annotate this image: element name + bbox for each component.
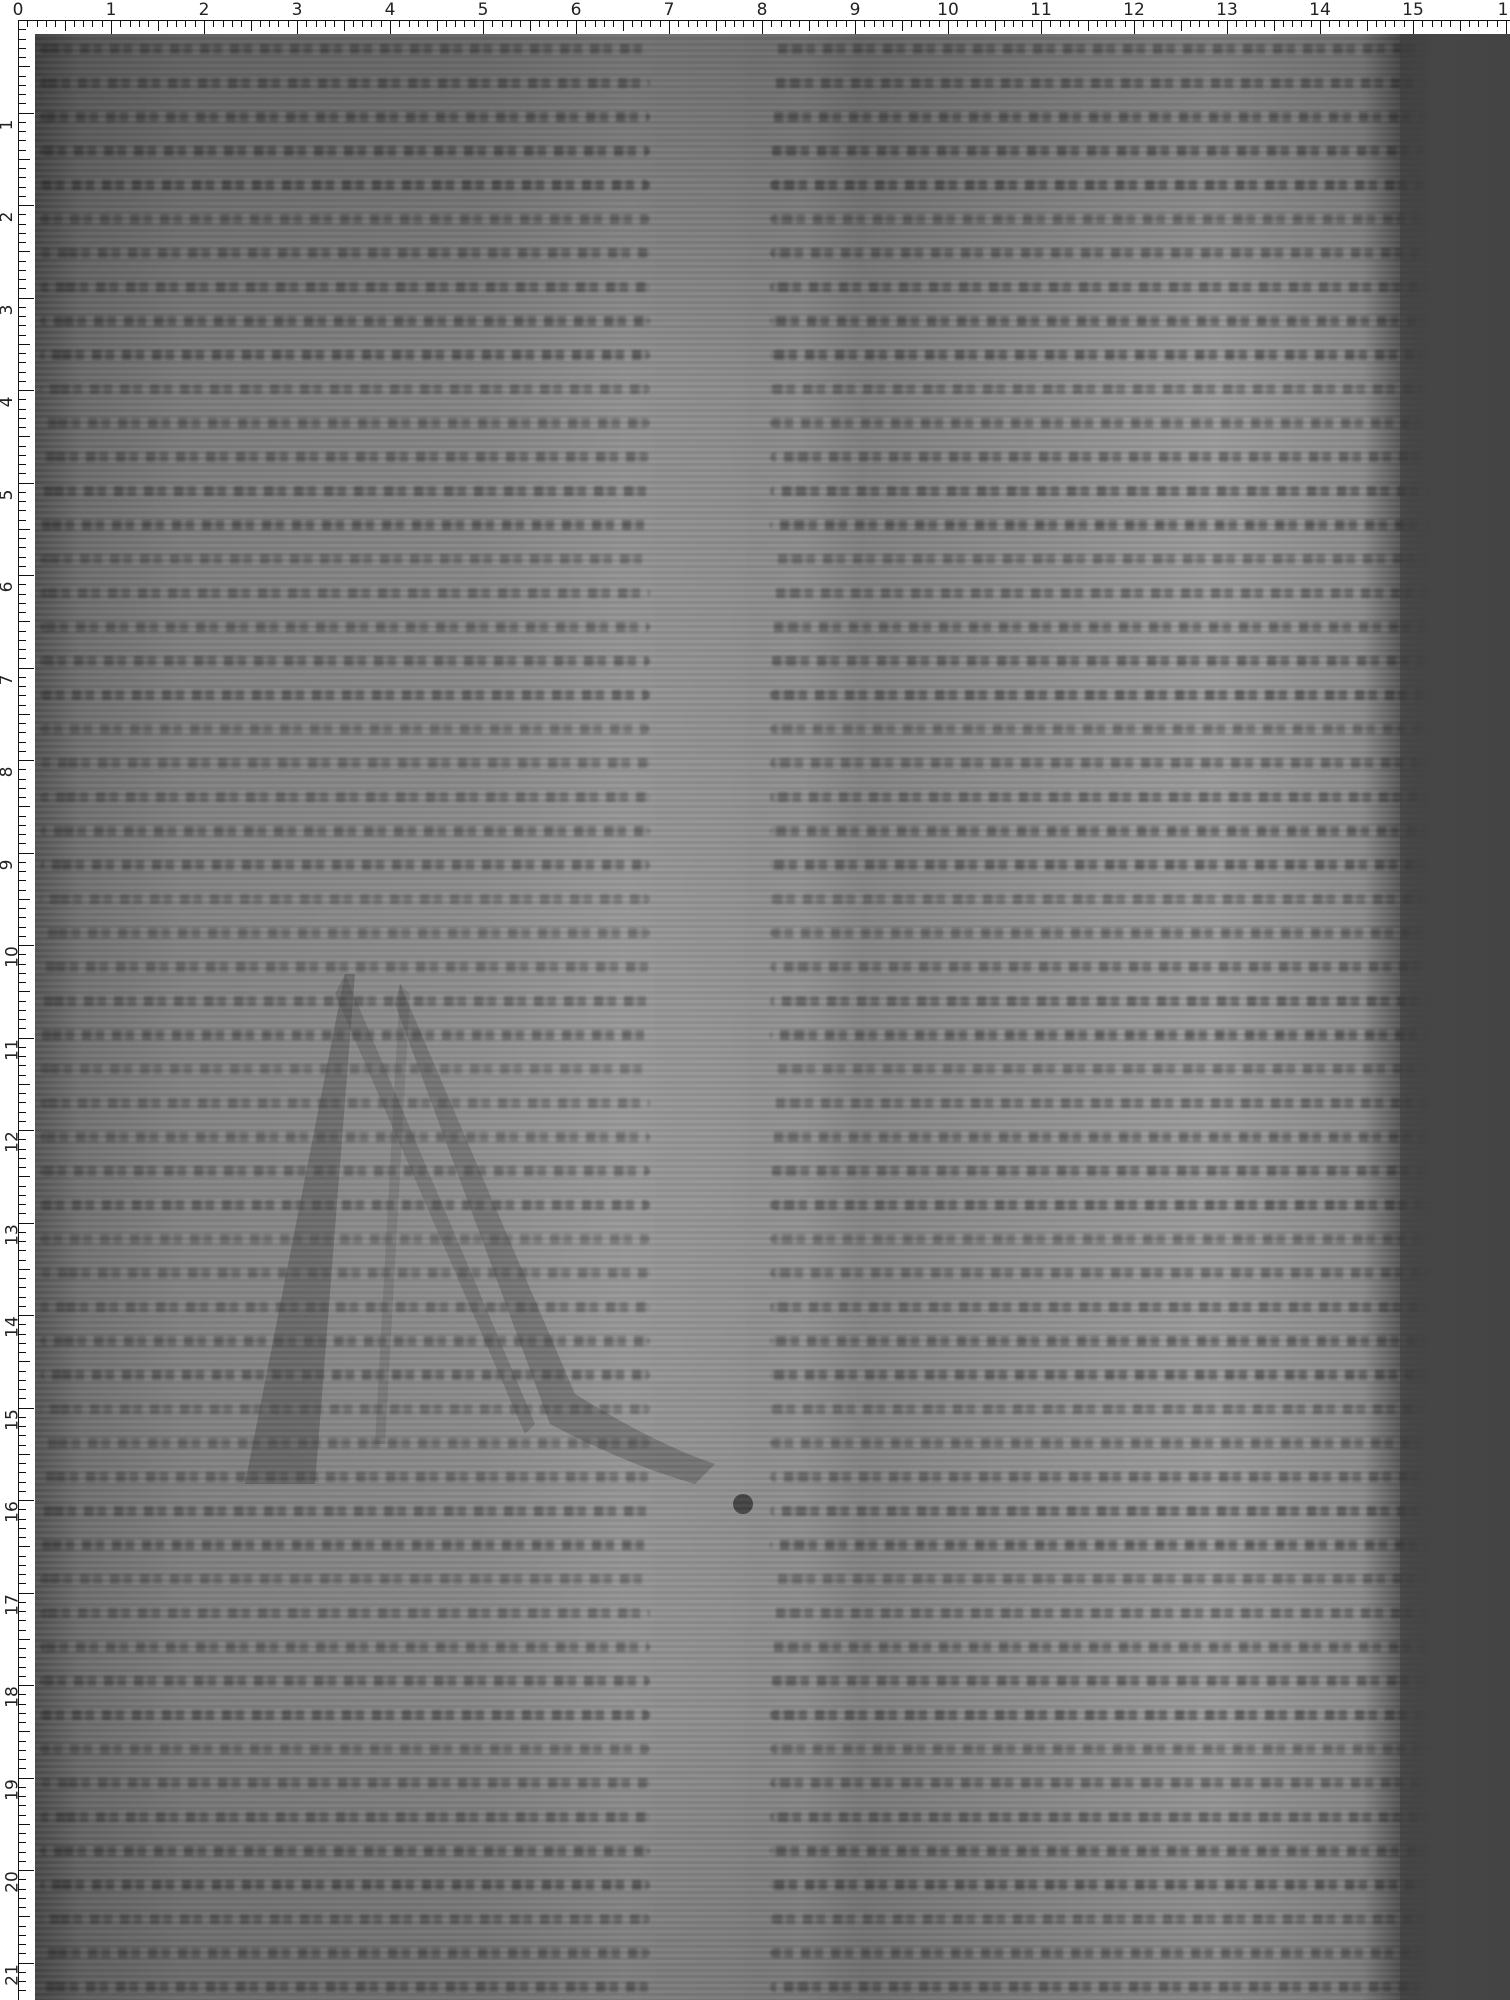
- ruler-tick: [18, 279, 26, 280]
- ruler-tick: [18, 196, 26, 197]
- ruler-tick: [18, 658, 26, 659]
- ruler-tick: [1004, 20, 1005, 27]
- ruler-label: 9: [0, 859, 16, 870]
- ruler-tick: [18, 1084, 30, 1085]
- ruler-label: 7: [0, 674, 16, 685]
- ruler-label: 12: [4, 1131, 21, 1153]
- ruler-tick: [18, 492, 26, 493]
- ruler-tick: [148, 20, 149, 27]
- ruler-tick: [18, 1352, 26, 1353]
- ruler-tick: [18, 991, 30, 992]
- ruler-tick: [18, 1260, 26, 1261]
- ruler-tick: [213, 20, 214, 27]
- ruler-tick: [18, 261, 26, 262]
- ruler-label: 16: [4, 1501, 21, 1523]
- ruler-tick: [18, 335, 26, 336]
- ruler-tick: [1264, 20, 1265, 27]
- ruler-tick: [18, 122, 26, 123]
- ruler-tick: [158, 20, 159, 31]
- ruler-tick: [18, 1741, 26, 1742]
- ruler-tick: [18, 168, 26, 169]
- ruler-tick: [18, 1574, 26, 1575]
- ruler-tick: [18, 695, 26, 696]
- ruler-tick: [18, 880, 26, 881]
- ruler-tick: [288, 20, 289, 27]
- ruler-tick: [18, 140, 26, 141]
- ruler-tick: [18, 621, 30, 622]
- ruler-tick: [604, 20, 605, 27]
- ruler-tick: [18, 714, 30, 715]
- ruler-tick: [1060, 20, 1061, 27]
- ruler-tick: [18, 150, 26, 151]
- ruler-tick: [18, 1204, 26, 1205]
- ruler-label: 6: [571, 0, 582, 20]
- ruler-tick: [790, 20, 791, 27]
- ruler-tick: [427, 20, 428, 27]
- ruler-label: 4: [385, 0, 396, 20]
- ruler-tick: [18, 464, 26, 465]
- ruler-tick: [1385, 20, 1386, 27]
- ruler-tick: [18, 1445, 26, 1446]
- ruler-tick: [874, 20, 875, 27]
- ruler-tick: [18, 1713, 26, 1714]
- ruler-label: 13: [1216, 0, 1238, 20]
- ruler-tick: [846, 20, 847, 27]
- ruler-tick: [92, 20, 93, 27]
- ruler-tick: [18, 917, 26, 918]
- ruler-tick: [18, 353, 26, 354]
- ruler-tick: [18, 214, 26, 215]
- ruler-tick: [18, 1102, 26, 1103]
- page-edge-shadow: [1400, 34, 1510, 2000]
- ruler-label: 13: [4, 1224, 21, 1246]
- ruler-tick: [753, 20, 754, 27]
- ruler-tick: [55, 20, 56, 27]
- ruler-tick: [567, 20, 568, 27]
- ruler-tick: [18, 1472, 26, 1473]
- ruler-tick: [18, 853, 34, 854]
- ruler-tick: [1329, 20, 1330, 27]
- ruler-tick: [18, 85, 26, 86]
- ruler-tick: [334, 20, 335, 27]
- ruler-tick: [325, 20, 326, 27]
- ruler-tick: [241, 20, 242, 27]
- ruler-tick: [18, 446, 26, 447]
- ruler-tick: [1088, 20, 1089, 31]
- ruler-tick: [18, 390, 34, 391]
- ruler-tick: [18, 455, 26, 456]
- ruler-tick: [18, 1546, 30, 1547]
- ruler-tick: [455, 20, 456, 27]
- ruler-tick: [167, 20, 168, 27]
- ruler-tick: [120, 20, 121, 27]
- ruler-tick: [18, 1620, 26, 1621]
- ruler-tick: [18, 1805, 26, 1806]
- ruler-tick: [18, 1287, 26, 1288]
- ruler-tick: [530, 20, 531, 31]
- ruler-tick: [18, 1361, 30, 1362]
- ruler-tick: [929, 20, 930, 27]
- ruler-tick: [1487, 20, 1488, 27]
- ruler-tick: [18, 908, 26, 909]
- ruler-tick: [18, 20, 19, 34]
- ruler-tick: [446, 20, 447, 27]
- ruler-tick: [18, 612, 26, 613]
- ruler-tick: [650, 20, 651, 27]
- ruler-tick: [613, 20, 614, 27]
- manuscript-scan: [35, 34, 1510, 2000]
- ruler-tick: [18, 1213, 26, 1214]
- ruler-tick: [381, 20, 382, 27]
- ruler-tick: [1394, 20, 1395, 27]
- ruler-tick: [18, 1565, 26, 1566]
- ruler-tick: [1022, 20, 1023, 27]
- ruler-tick: [483, 20, 484, 34]
- ruler-tick: [1292, 20, 1293, 27]
- ruler-tick: [418, 20, 419, 27]
- ruler-label: 2: [0, 212, 16, 223]
- ruler-tick: [1236, 20, 1237, 27]
- ruler-tick: [1069, 20, 1070, 27]
- ruler-tick: [1376, 20, 1377, 27]
- ruler-tick: [18, 751, 26, 752]
- ruler-label: 17: [4, 1594, 21, 1616]
- ruler-tick: [18, 1926, 26, 1927]
- ruler-tick: [18, 640, 26, 641]
- ruler-tick: [437, 20, 438, 31]
- ruler-tick: [18, 1898, 26, 1899]
- ruler-tick: [18, 1269, 30, 1270]
- ruler-tick: [18, 1167, 26, 1168]
- ruler-tick: [371, 20, 372, 27]
- ruler-tick: [176, 20, 177, 27]
- ruler-tick: [809, 20, 810, 31]
- ruler-tick: [18, 381, 26, 382]
- ruler-tick: [1357, 20, 1358, 27]
- ruler-tick: [511, 20, 512, 27]
- ruler-tick: [18, 705, 26, 706]
- ruler-tick: [18, 1759, 26, 1760]
- ruler-tick: [18, 1454, 30, 1455]
- ruler-tick: [669, 20, 670, 34]
- ruler-tick: [18, 1380, 26, 1381]
- ruler-tick: [18, 1916, 30, 1917]
- ruler-label: 11: [1030, 0, 1052, 20]
- ruler-tick: [1367, 20, 1368, 31]
- ruler-tick: [269, 20, 270, 27]
- ruler-tick: [37, 20, 38, 27]
- ruler-tick: [892, 20, 893, 27]
- ruler-label: 12: [1123, 0, 1145, 20]
- ruler-tick: [18, 529, 30, 530]
- ruler-tick: [18, 1852, 26, 1853]
- ruler-tick: [920, 20, 921, 27]
- ruler-tick: [18, 1907, 26, 1908]
- ruler-tick: [1181, 20, 1182, 31]
- ruler-tick: [18, 603, 26, 604]
- ruler-tick: [464, 20, 465, 27]
- ruler-tick: [1441, 20, 1442, 27]
- ruler-tick: [585, 20, 586, 27]
- ruler-tick: [688, 20, 689, 27]
- ruler-tick: [195, 20, 196, 27]
- ruler-tick: [18, 584, 26, 585]
- ruler-label: 10: [937, 0, 959, 20]
- ruler-tick: [18, 1657, 26, 1658]
- ruler-tick: [911, 20, 912, 27]
- ruler-tick: [864, 20, 865, 27]
- ruler-tick: [1143, 20, 1144, 27]
- ruler-tick: [18, 103, 26, 104]
- ruler-tick: [18, 779, 26, 780]
- ruler-tick: [278, 20, 279, 27]
- ruler-tick: [576, 20, 577, 34]
- ruler-tick: [18, 1861, 26, 1862]
- ruler-tick: [902, 20, 903, 31]
- ruler-label: 10: [4, 946, 21, 968]
- ruler-tick: [18, 39, 26, 40]
- ruler-tick: [18, 843, 26, 844]
- ruler-tick: [1497, 20, 1498, 27]
- ruler-tick: [18, 1158, 26, 1159]
- ruler-tick: [1106, 20, 1107, 27]
- ruler-label: 20: [4, 1871, 21, 1893]
- ruler-tick: [18, 871, 26, 872]
- ruler-tick: [18, 510, 26, 511]
- ruler-tick: [18, 1833, 26, 1834]
- ruler-tick: [306, 20, 307, 27]
- ruler-tick: [18, 788, 26, 789]
- ruler-tick: [18, 325, 26, 326]
- ruler-tick: [1469, 20, 1470, 27]
- ruler-tick: [818, 20, 819, 27]
- ruler-label: 3: [292, 0, 303, 20]
- ruler-tick: [706, 20, 707, 27]
- ruler-label: 1: [1498, 0, 1509, 20]
- ruler-tick: [297, 20, 298, 34]
- ruler-label: 18: [4, 1686, 21, 1708]
- ruler-tick: [18, 742, 26, 743]
- ruler-tick: [18, 1306, 26, 1307]
- ruler-tick: [539, 20, 540, 27]
- ruler-tick: [18, 1065, 26, 1066]
- ruler-tick: [18, 566, 26, 567]
- ruler-tick: [1134, 20, 1135, 34]
- ruler-tick: [18, 1935, 26, 1936]
- ruler-label: 3: [0, 304, 16, 315]
- ruler-tick: [18, 1435, 26, 1436]
- ruler-tick: [111, 20, 112, 34]
- ruler-tick: [139, 20, 140, 27]
- ruler-tick: [18, 1343, 26, 1344]
- ruler-tick: [232, 20, 233, 27]
- ruler-tick: [697, 20, 698, 27]
- ruler-tick: [1032, 20, 1033, 27]
- ruler-tick: [18, 501, 26, 502]
- ruler-tick: [18, 973, 26, 974]
- ruler-label: 0: [13, 0, 24, 20]
- ruler-tick: [18, 1278, 26, 1279]
- ruler-tick: [725, 20, 726, 27]
- ruler-tick: [1208, 20, 1209, 27]
- ruler-tick: [18, 1482, 26, 1483]
- ruler-tick: [1432, 20, 1433, 27]
- ruler-tick: [18, 1537, 26, 1538]
- ruler-label: 14: [1309, 0, 1331, 20]
- ruler-tick: [18, 298, 34, 299]
- ruler-tick: [83, 20, 84, 27]
- ruler-tick: [883, 20, 884, 27]
- ruler-tick: [18, 205, 34, 206]
- ruler-tick: [18, 483, 34, 484]
- ruler-tick: [18, 1093, 26, 1094]
- ruler-tick: [18, 594, 26, 595]
- ruler-tick: [18, 1639, 30, 1640]
- ruler-tick: [18, 834, 26, 835]
- ruler-tick: [18, 1824, 30, 1825]
- ruler-tick: [18, 113, 34, 114]
- ruler-tick: [623, 20, 624, 31]
- ruler-tick: [1171, 20, 1172, 27]
- ruler-tick: [18, 1371, 26, 1372]
- ruler-tick: [18, 372, 26, 373]
- ruler-tick: [18, 473, 26, 474]
- ruler-label: 8: [757, 0, 768, 20]
- ruler-tick: [18, 288, 26, 289]
- ruler-tick: [18, 270, 26, 271]
- ruler-tick: [18, 1389, 26, 1390]
- ruler-tick: [18, 1990, 26, 1991]
- ruler-tick: [18, 242, 26, 243]
- ruler-tick: [1218, 20, 1219, 27]
- ruler-tick: [18, 399, 26, 400]
- ruler-tick: [557, 20, 558, 27]
- ruler-tick: [18, 797, 26, 798]
- ruler-tick: [18, 1195, 26, 1196]
- ruler-tick: [734, 20, 735, 27]
- ruler-tick: [18, 1648, 26, 1649]
- ruler-tick: [976, 20, 977, 27]
- ruler-tick: [18, 1297, 26, 1298]
- ruler-tick: [1506, 20, 1507, 34]
- ruler-tick: [1013, 20, 1014, 27]
- ruler-tick: [18, 1121, 26, 1122]
- ruler-tick: [1283, 20, 1284, 27]
- ruler-tick: [18, 668, 34, 669]
- ruler-tick: [502, 20, 503, 27]
- ruler-tick: [1348, 20, 1349, 27]
- ruler-tick: [18, 1010, 26, 1011]
- ruler-tick: [18, 1186, 26, 1187]
- ruler-tick: [1311, 20, 1312, 27]
- ruler-tick: [18, 1722, 26, 1723]
- ruler-tick: [632, 20, 633, 27]
- ruler-tick: [1460, 20, 1461, 31]
- ruler-tick: [204, 20, 205, 34]
- ruler-tick: [18, 1953, 26, 1954]
- ruler-label: 9: [850, 0, 861, 20]
- ruler-tick: [260, 20, 261, 27]
- ruler-tick: [18, 66, 30, 67]
- ruler-tick: [1125, 20, 1126, 27]
- ruler-tick: [1404, 20, 1405, 27]
- ruler-tick: [18, 825, 26, 826]
- ruler-tick: [18, 233, 26, 234]
- ruler-tick: [18, 1250, 26, 1251]
- ruler-tick: [995, 20, 996, 31]
- ruler-tick: [353, 20, 354, 27]
- ruler-tick: [18, 1768, 26, 1769]
- ruler-tick: [1339, 20, 1340, 27]
- ruler-tick: [18, 187, 26, 188]
- ruler-tick: [18, 890, 26, 891]
- ruler-tick: [18, 418, 26, 419]
- ruler-tick: [18, 732, 26, 733]
- ruler-tick: [18, 927, 26, 928]
- ruler-tick: [18, 1750, 26, 1751]
- ruler-label: 8: [0, 767, 16, 778]
- ruler-tick: [362, 20, 363, 27]
- ruler-tick: [18, 1944, 26, 1945]
- ruler-label: 7: [664, 0, 675, 20]
- ruler-tick: [18, 649, 26, 650]
- ruler-tick: [1190, 20, 1191, 27]
- ruler-tick: [1199, 20, 1200, 27]
- ruler-tick: [948, 20, 949, 34]
- ruler-tick: [27, 20, 28, 27]
- ruler-tick: [1301, 20, 1302, 27]
- ruler-tick: [18, 316, 26, 317]
- ruler-tick: [18, 862, 26, 863]
- ruler-tick: [1153, 20, 1154, 27]
- ruler-tick: [1050, 20, 1051, 27]
- ruler-tick: [18, 76, 26, 77]
- ruler-tick: [1078, 20, 1079, 27]
- ruler-tick: [185, 20, 186, 27]
- lighting-vignette: [35, 34, 1510, 2000]
- ruler-tick: [957, 20, 958, 27]
- ruler-tick: [716, 20, 717, 31]
- ruler-tick: [18, 409, 26, 410]
- ruler-tick: [18, 760, 34, 761]
- ruler-tick: [18, 723, 26, 724]
- ruler-tick: [595, 20, 596, 27]
- ruler-tick: [18, 806, 30, 807]
- ruler-tick: [18, 899, 30, 900]
- ruler-tick: [18, 1491, 26, 1492]
- ruler-tick: [18, 159, 30, 160]
- ruler-label: 4: [0, 397, 16, 408]
- ruler-tick: [18, 94, 26, 95]
- ruler-tick: [18, 538, 26, 539]
- ruler-tick: [18, 224, 26, 225]
- ruler-tick: [520, 20, 521, 27]
- ruler-tick: [1041, 20, 1042, 34]
- ruler-label: 15: [4, 1409, 21, 1431]
- ruler-tick: [836, 20, 837, 27]
- ruler-tick: [18, 131, 26, 132]
- ruler-tick: [18, 1731, 30, 1732]
- ruler-tick: [771, 20, 772, 27]
- ruler-tick: [18, 1528, 26, 1529]
- ruler-tick: [18, 29, 26, 30]
- ruler-label: 21: [4, 1964, 21, 1986]
- ruler-label: 5: [478, 0, 489, 20]
- ruler-tick: [1097, 20, 1098, 27]
- ruler-tick: [102, 20, 103, 27]
- ruler-tick: [1115, 20, 1116, 27]
- ruler-label: 15: [1402, 0, 1424, 20]
